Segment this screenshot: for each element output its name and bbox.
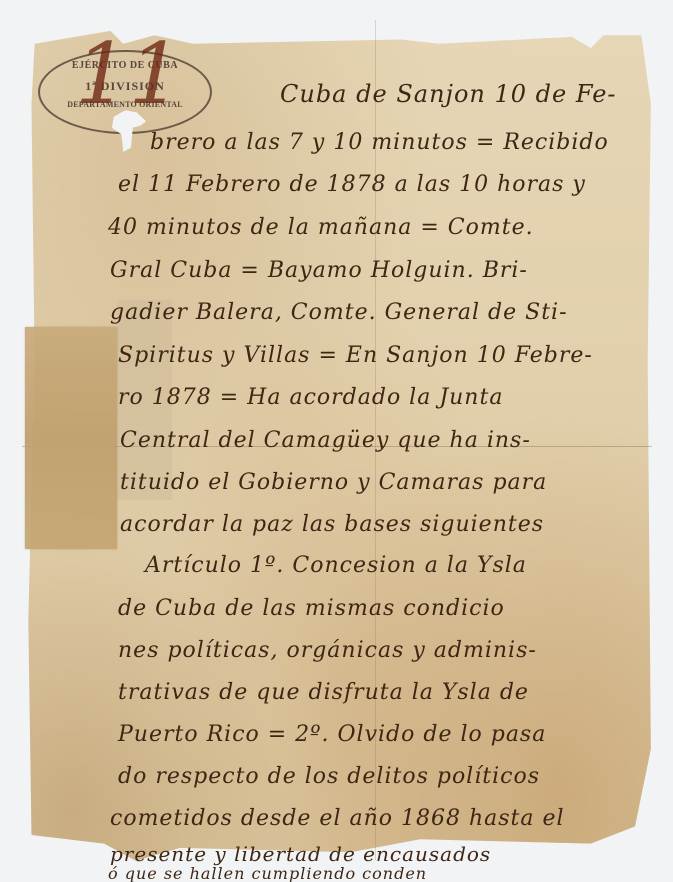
text-line: ó que se hallen cumpliendo conden	[108, 864, 427, 882]
tape-patch	[25, 327, 117, 549]
text-line: Cuba de Sanjon 10 de Fe-	[280, 80, 617, 108]
text-line: Puerto Rico = 2º. Olvido de lo pasa	[118, 722, 546, 747]
text-line: presente y libertad de encausados	[110, 842, 491, 866]
text-line: 40 minutos de la mañana = Comte.	[108, 215, 534, 240]
text-line: trativas de que disfruta la Ysla de	[118, 680, 529, 705]
text-line: Central del Camagüey que ha ins-	[120, 428, 531, 453]
text-line: acordar la paz las bases siguientes	[120, 512, 544, 537]
text-line: tituido el Gobierno y Camaras para	[120, 470, 547, 495]
text-line: brero a las 7 y 10 minutos = Recibido	[150, 130, 609, 155]
text-line: el 11 Febrero de 1878 a las 10 horas y	[118, 172, 586, 197]
text-line: gadier Balera, Comte. General de Sti-	[110, 300, 568, 325]
text-line: Gral Cuba = Bayamo Holguin. Bri-	[110, 258, 528, 283]
text-line: do respecto de los delitos políticos	[118, 764, 540, 789]
text-line: Spiritus y Villas = En Sanjon 10 Febre-	[118, 343, 593, 368]
text-line: Artículo 1º. Concesion a la Ysla	[145, 553, 527, 578]
text-line: nes políticas, orgánicas y adminis-	[118, 638, 537, 663]
text-line: cometidos desde el año 1868 hasta el	[110, 806, 565, 831]
text-line: ro 1878 = Ha acordado la Junta	[118, 385, 503, 410]
text-line: de Cuba de las mismas condicio	[118, 596, 505, 621]
